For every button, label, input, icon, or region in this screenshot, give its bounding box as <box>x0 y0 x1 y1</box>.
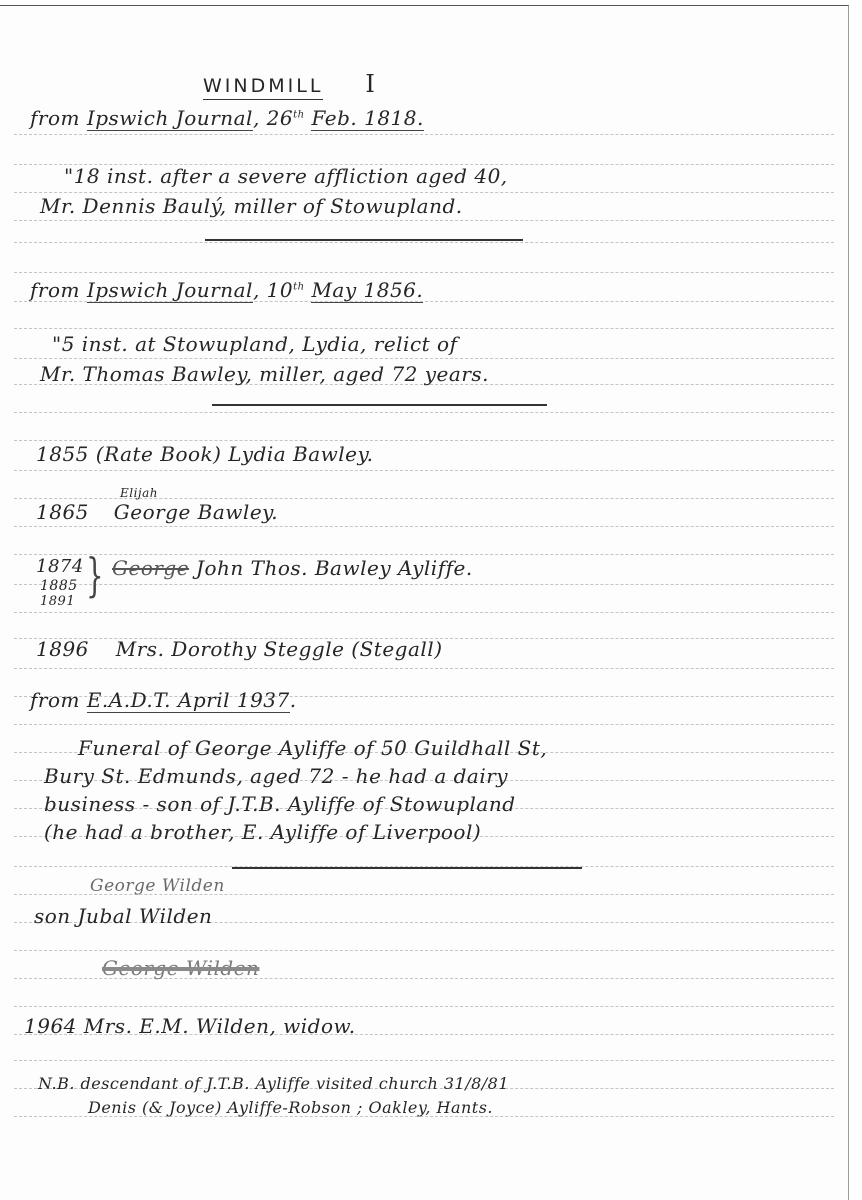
ruled-line <box>14 950 834 951</box>
eadt-line-3: business - son of J.T.B. Ayliffe of Stow… <box>44 792 516 816</box>
ruled-line <box>14 1060 834 1061</box>
ruled-line <box>14 192 834 193</box>
entry-text: (Rate Book) Lydia Bawley. <box>96 442 374 466</box>
ruled-line <box>14 1006 834 1007</box>
ruled-line <box>14 612 834 613</box>
title-text: WINDMILL <box>203 75 323 100</box>
entry-text: Mrs. Dorothy Steggle (Stegall) <box>116 637 443 661</box>
ruled-line <box>14 242 834 243</box>
page-title: WINDMILLI <box>203 70 378 98</box>
source-line-eadt: from E.A.D.T. April 1937. <box>30 688 297 712</box>
section-separator <box>232 867 582 869</box>
bracket-icon: } <box>86 548 104 602</box>
ruled-line <box>14 724 834 725</box>
entry-year: 1865 <box>36 500 89 524</box>
ruled-line <box>14 584 834 585</box>
ruled-line <box>14 328 834 329</box>
entry-text: John Thos. Bawley Ayliffe. <box>196 556 473 580</box>
note-line-2: Denis (& Joyce) Ayliffe-Robson ; Oakley,… <box>88 1098 493 1117</box>
title-number: I <box>365 70 377 98</box>
source-prefix: from <box>30 688 80 712</box>
source-date-suffix: th <box>293 281 304 292</box>
source-prefix: from <box>30 106 80 130</box>
source-date-day: 26 <box>267 106 293 130</box>
struck-text: George <box>112 556 189 580</box>
entry-year: 1896 <box>36 637 89 661</box>
source-line-1: from Ipswich Journal, 26th Feb. 1818. <box>30 106 424 130</box>
entry-text: Mrs. E.M. Wilden, widow. <box>84 1014 356 1038</box>
source-name: E.A.D.T. April 1937 <box>87 688 290 713</box>
occupant-entry-1896: 1896 Mrs. Dorothy Steggle (Stegall) <box>36 637 443 661</box>
quote-2-line-2: Mr. Thomas Bawley, miller, aged 72 years… <box>40 362 489 386</box>
source-date-day: 10 <box>267 278 293 302</box>
struck-pencil-note: George Wilden <box>102 956 259 980</box>
occupant-entry-1874: George John Thos. Bawley Ayliffe. <box>112 556 473 580</box>
occupant-entry-1855: 1855 (Rate Book) Lydia Bawley. <box>36 442 373 466</box>
ruled-line <box>14 526 834 527</box>
ruled-line <box>14 412 834 413</box>
entry-text: George Bawley. <box>114 500 278 524</box>
quote-2-line-1: "5 inst. at Stowupland, Lydia, relict of <box>52 332 458 356</box>
ruled-line <box>14 668 834 669</box>
ruled-line <box>14 470 834 471</box>
entry-year: 1964 <box>24 1014 77 1038</box>
source-date-rest: May 1856. <box>311 278 423 303</box>
final-entry-1964: 1964 Mrs. E.M. Wilden, widow. <box>24 1014 356 1038</box>
occupant-insert-note: Elijah <box>120 486 158 500</box>
ruled-line <box>14 440 834 441</box>
source-date-suffix: th <box>293 109 304 120</box>
section-separator <box>205 239 523 241</box>
ruled-line <box>14 554 834 555</box>
ruled-line <box>14 358 834 359</box>
source-line-2: from Ipswich Journal, 10th May 1856. <box>30 278 423 302</box>
eadt-line-2: Bury St. Edmunds, aged 72 - he had a dai… <box>44 764 508 788</box>
occupant-entry-1865: 1865 George Bawley. <box>36 500 278 524</box>
wilden-son-line: son Jubal Wilden <box>34 904 212 928</box>
note-line-1: N.B. descendant of J.T.B. Ayliffe visite… <box>38 1074 509 1093</box>
occupant-year-1885: 1885 <box>40 578 78 594</box>
section-separator <box>212 404 547 406</box>
ruled-line <box>14 220 834 221</box>
source-prefix: from <box>30 278 80 302</box>
source-date-rest: Feb. 1818. <box>311 106 423 131</box>
occupant-year-1874: 1874 <box>36 556 84 577</box>
eadt-line-1: Funeral of George Ayliffe of 50 Guildhal… <box>78 736 547 760</box>
entry-year: 1855 <box>36 442 89 466</box>
quote-1-line-1: "18 inst. after a severe affliction aged… <box>64 164 508 188</box>
pencil-note: George Wilden <box>90 876 225 896</box>
quote-1-line-2: Mr. Dennis Baulý, miller of Stowupland. <box>40 194 463 218</box>
eadt-line-4: (he had a brother, E. Ayliffe of Liverpo… <box>44 820 481 844</box>
occupant-year-1891: 1891 <box>40 594 75 609</box>
source-name: Ipswich Journal <box>87 106 253 131</box>
source-name: Ipswich Journal <box>87 278 253 303</box>
ruled-line <box>14 134 834 135</box>
ruled-line <box>14 272 834 273</box>
